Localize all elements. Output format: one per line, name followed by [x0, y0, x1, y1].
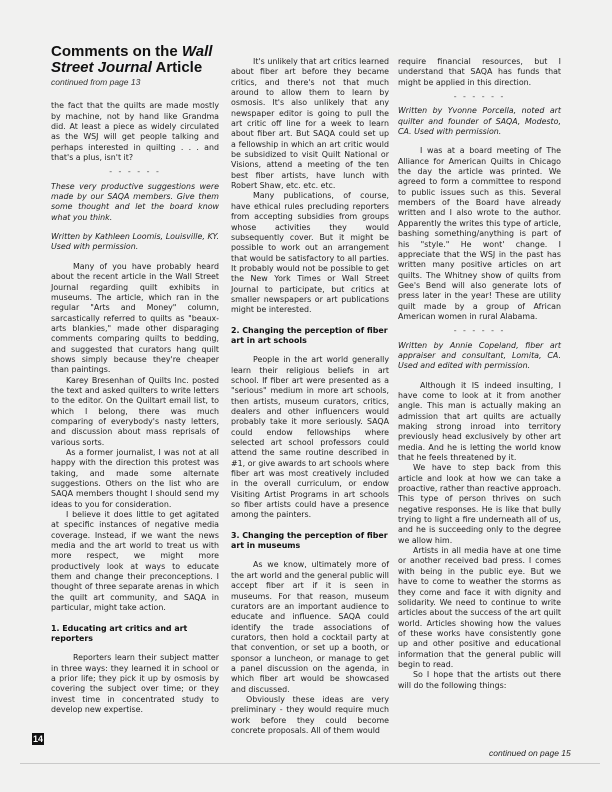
- page-number: 14: [32, 733, 44, 745]
- section-heading: 3. Changing the perception of fiber art …: [231, 531, 389, 552]
- page-edge-rule: [20, 763, 600, 764]
- paragraph: It's unlikely that art critics learned a…: [231, 57, 389, 191]
- paragraph: So I hope that the artists out there wil…: [398, 670, 561, 691]
- article-title: Comments on the Wall Street Journal Arti…: [51, 44, 219, 76]
- title-text-end: Article: [152, 59, 202, 76]
- paragraph: Obviously these ideas are very prelimina…: [231, 695, 389, 736]
- byline: Written by Annie Copeland, fiber art app…: [398, 341, 561, 372]
- section-heading: 1. Educating art critics and art reporte…: [51, 624, 219, 645]
- continued-from: continued from page 13: [51, 77, 219, 87]
- title-text: Comments on the: [51, 43, 182, 60]
- divider: - - - - - -: [398, 92, 561, 102]
- magazine-page: Comments on the Wall Street Journal Arti…: [0, 0, 612, 792]
- paragraph: the fact that the quilts are made mostly…: [51, 101, 219, 163]
- editor-note: These very productive suggestions were m…: [51, 182, 219, 223]
- column-middle: It's unlikely that art critics learned a…: [231, 57, 389, 736]
- paragraph: Many publications, of course, have ethic…: [231, 191, 389, 315]
- paragraph: Although it IS indeed insulting, I have …: [398, 381, 561, 464]
- paragraph: Reporters learn their subject matter in …: [51, 653, 219, 715]
- paragraph: We have to step back from this article a…: [398, 463, 561, 546]
- paragraph: As a former journalist, I was not at all…: [51, 448, 219, 510]
- paragraph: Artists in all media have at one time or…: [398, 546, 561, 670]
- paragraph: Karey Bresenhan of Quilts Inc. posted th…: [51, 376, 219, 448]
- column-right: require financial resources, but I under…: [398, 57, 561, 691]
- paragraph: Many of you have probably heard about th…: [51, 262, 219, 376]
- divider: - - - - - -: [398, 326, 561, 336]
- paragraph: require financial resources, but I under…: [398, 57, 561, 88]
- byline: Written by Yvonne Porcella, noted art qu…: [398, 106, 561, 137]
- byline: Written by Kathleen Loomis, Louisville, …: [51, 232, 219, 253]
- paragraph: I was at a board meeting of The Alliance…: [398, 146, 561, 322]
- continued-on: continued on page 15: [489, 748, 571, 758]
- paragraph: I believe it does little to get agitated…: [51, 510, 219, 613]
- divider: - - - - - -: [51, 167, 219, 177]
- paragraph: People in the art world generally learn …: [231, 355, 389, 521]
- paragraph: As we know, ultimately more of the art w…: [231, 560, 389, 694]
- section-heading: 2. Changing the perception of fiber art …: [231, 326, 389, 347]
- column-left: Comments on the Wall Street Journal Arti…: [51, 44, 219, 715]
